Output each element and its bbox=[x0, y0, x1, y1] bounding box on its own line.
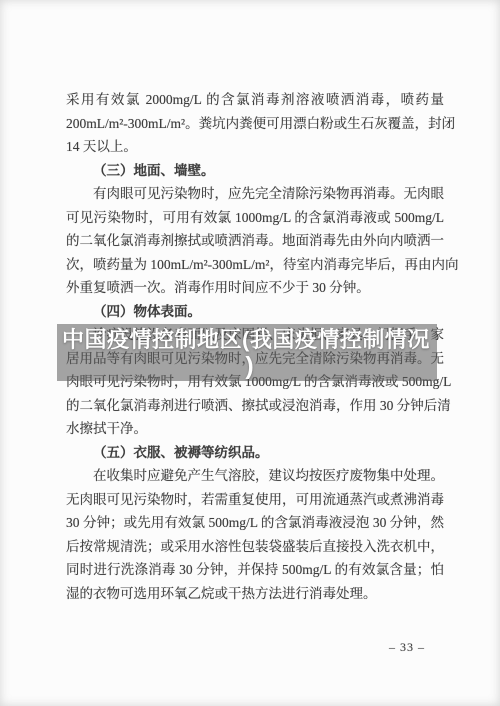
document-line: 14 天以上。 bbox=[66, 135, 444, 159]
section-heading-3: （三）地面、墙壁。 bbox=[66, 159, 444, 183]
document-line: 有肉眼可见污染物时，应先完全清除污染物再消毒。无肉眼 bbox=[66, 182, 444, 206]
document-line: 的二氧化氯消毒剂进行喷洒、擦拭或浸泡消毒，作用 30 分钟后清 bbox=[66, 394, 444, 418]
section-heading-4: （四）物体表面。 bbox=[66, 300, 444, 324]
document-page: 采用有效氯 2000mg/L 的含氯消毒剂溶液喷洒消毒，喷药量 200mL/m²… bbox=[0, 0, 500, 706]
document-line: 200mL/m²-300mL/m²。粪坑内粪便可用漂白粉或生石灰覆盖，封闭 bbox=[66, 112, 444, 136]
document-line: 30 分钟；或先用有效氯 500mg/L 的含氯消毒液浸泡 30 分钟，然 bbox=[66, 511, 444, 535]
document-line: 无肉眼可见污染物时，若需重复使用，可用流通蒸汽或煮沸消毒 bbox=[66, 488, 444, 512]
document-line: 在收集时应避免产生气溶胶，建议均按医疗废物集中处理。 bbox=[66, 464, 444, 488]
document-line: 次，喷药量为 100mL/m²-300mL/m²，待室内消毒完毕后，再由内向 bbox=[66, 253, 444, 277]
document-line: 同时进行洗涤消毒 30 分钟，并保持 500mg/L 的有效氯含量；怕 bbox=[66, 558, 444, 582]
document-line: 的二氧化氯消毒剂擦拭或喷洒消毒。地面消毒先由外向内喷洒一 bbox=[66, 229, 444, 253]
document-line: 可见污染物时，可用有效氯 1000mg/L 的含氯消毒液或 500mg/L bbox=[66, 206, 444, 230]
document-line: 采用有效氯 2000mg/L 的含氯消毒剂溶液喷洒消毒，喷药量 bbox=[66, 88, 444, 112]
document-line: 外重复喷洒一次。消毒作用时间应不少于 30 分钟。 bbox=[66, 276, 444, 300]
section-heading-5: （五）衣服、被褥等纺织品。 bbox=[66, 441, 444, 465]
watermark-title-line2: ) bbox=[62, 353, 437, 379]
document-line: 水擦拭干净。 bbox=[66, 417, 444, 441]
document-line: 后按常规清洗；或采用水溶性包装袋盛装后直接投入洗衣机中， bbox=[66, 535, 444, 559]
watermark-title-line1: 中国疫情控制地区(我国疫情控制情况 bbox=[62, 326, 437, 353]
document-line: 湿的衣物可选用环氧乙烷或干热方法进行消毒处理。 bbox=[66, 582, 444, 606]
watermark-banner: 中国疫情控制地区(我国疫情控制情况 ) bbox=[57, 324, 437, 381]
page-number: – 33 – bbox=[384, 639, 430, 655]
